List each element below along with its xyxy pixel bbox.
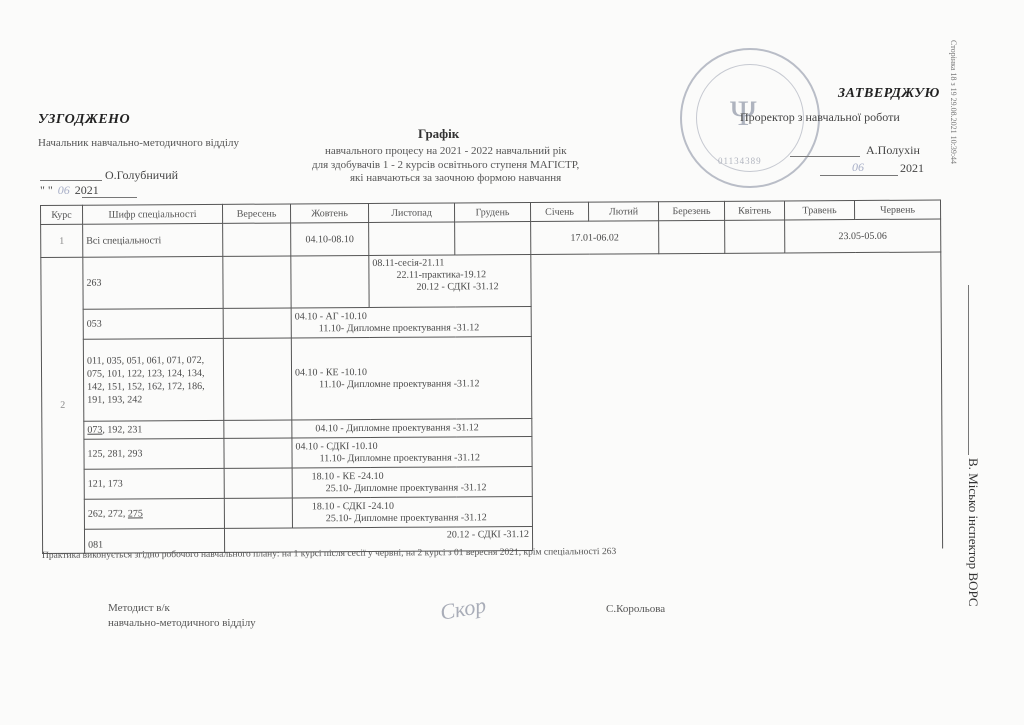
spec-code-underlined: 073	[87, 425, 102, 436]
spec-codes: 053	[83, 308, 223, 339]
course-number: 1	[41, 224, 83, 257]
confirmed-year: 2021	[900, 161, 924, 176]
cell-january-february: 17.01-06.02	[531, 221, 659, 255]
cell-september	[224, 468, 292, 498]
confirmed-heading: ЗАТВЕРДЖУЮ	[838, 86, 940, 102]
cell-september	[223, 223, 291, 256]
approved-date-handwritten: 06	[58, 183, 70, 197]
cell-october	[291, 255, 369, 307]
spec-codes: 121, 173	[84, 468, 224, 499]
header-spec-code: Шифр спеціальності	[83, 204, 223, 224]
page-timestamp-stamp: Сторінка 18 з 19 29.08.2021 10:39:44	[949, 40, 958, 164]
spec-code-underlined: 275	[128, 508, 143, 519]
seal-number: 01134389	[718, 156, 762, 166]
confirmed-name: А.Полухін	[866, 143, 920, 158]
methodist-handwritten-signature: Скор	[438, 592, 488, 626]
cell-september	[223, 308, 291, 338]
header-december: Грудень	[454, 203, 530, 222]
cell-september	[224, 438, 292, 468]
schedule-line: 20.12 - СДКІ -31.12	[372, 281, 527, 294]
confirmed-role: Проректор з навчальної роботи	[740, 110, 900, 125]
header-february: Лютий	[588, 202, 658, 221]
approved-year: 2021	[75, 183, 99, 197]
cell-may-june: 23.05-05.06	[785, 219, 941, 253]
schedule-line: 11.10- Дипломне проектування -31.12	[295, 378, 528, 391]
cell-oct-dec: 04.10 - АГ -10.10 11.10- Дипломне проект…	[291, 307, 531, 338]
spec-codes: 073, 192, 231	[84, 420, 224, 439]
header-september: Вересень	[222, 204, 290, 223]
schedule-line: 25.10- Дипломне проектування -31.12	[296, 512, 529, 525]
document-subtitle-1: навчального процесу на 2021 - 2022 навча…	[325, 145, 567, 157]
header-november: Листопад	[368, 203, 454, 223]
table-row: 1 Всі спеціальності 04.10-08.10 17.01-06…	[41, 219, 941, 257]
methodist-department: навчально-методичного відділу	[108, 617, 256, 629]
cell-oct-dec: 04.10 - Дипломне проектування -31.12	[292, 418, 532, 437]
document-subtitle-3: які навчаються за заочною формою навчанн…	[350, 172, 561, 184]
cell-oct-dec: 04.10 - КЕ -10.10 11.10- Дипломне проект…	[291, 337, 531, 420]
cell-april	[725, 220, 785, 253]
schedule-line: 20.12 - СДКІ -31.12	[447, 529, 529, 541]
header-march: Березень	[658, 201, 724, 220]
spec-codes: 263	[83, 256, 223, 309]
spec-codes: 125, 281, 293	[84, 438, 224, 469]
approved-date: " " 06 2021	[40, 183, 99, 198]
approved-heading: УЗГОДЖЕНО	[38, 112, 130, 128]
document-title: Графік	[418, 126, 459, 142]
cell-september	[224, 420, 292, 438]
spec-codes: 262, 272, 275	[84, 498, 224, 529]
cell-oct-dec: 04.10 - СДКІ -10.10 11.10- Дипломне прое…	[292, 436, 532, 467]
header-january: Січень	[530, 202, 588, 221]
spec-codes: Всі спеціальності	[83, 223, 223, 257]
scanned-document-page: УЗГОДЖЕНО Начальник навчально-методичног…	[0, 0, 1024, 725]
cell-september	[223, 338, 291, 420]
header-may: Травень	[784, 201, 854, 220]
schedule-line: 11.10- Дипломне проектування -31.12	[296, 452, 529, 465]
confirmed-date-handwritten: 06	[852, 160, 864, 175]
table-row: 2 263 08.11-сесія-21.11 22.11-практика-1…	[41, 252, 941, 309]
spec-code-rest: , 192, 231	[102, 424, 142, 435]
methodist-name: С.Корольова	[606, 603, 665, 615]
header-october: Жовтень	[290, 203, 368, 222]
inspector-signature: В. Місько інспектор ВОРС	[965, 458, 981, 607]
confirmed-date-line	[820, 175, 898, 176]
schedule-line: 25.10- Дипломне проектування -31.12	[296, 482, 529, 495]
confirmed-signature-line	[790, 156, 860, 157]
approved-date-prefix: " "	[40, 183, 53, 197]
schedule-table: Курс Шифр спеціальності Вересень Жовтень…	[40, 199, 943, 553]
schedule-line: 22.11-практика-19.12	[372, 269, 527, 282]
approved-name: О.Голубничий	[105, 168, 178, 183]
approved-role: Начальник навчально-методичного відділу	[38, 137, 239, 149]
document-subtitle-2: для здобувачів 1 - 2 курсів освітнього с…	[312, 159, 579, 171]
schedule-line: 08.11-сесія-21.11	[372, 257, 527, 270]
header-course: Курс	[41, 205, 83, 224]
cell-september	[224, 498, 292, 528]
cell-march	[659, 220, 725, 253]
cell-november-december: 08.11-сесія-21.11 22.11-практика-19.12 2…	[369, 255, 531, 308]
course-number: 2	[41, 257, 85, 553]
cell-october: 04.10-08.10	[291, 222, 369, 255]
schedule-line: 11.10- Дипломне проектування -31.12	[295, 322, 528, 335]
cell-jan-jun-empty	[531, 252, 943, 550]
cell-september	[223, 256, 291, 308]
inspector-signature-line	[968, 285, 969, 455]
cell-oct-dec: 18.10 - КЕ -24.10 25.10- Дипломне проект…	[292, 466, 532, 497]
approved-date-line	[82, 197, 137, 198]
spec-codes: 011, 035, 051, 061, 071, 072, 075, 101, …	[83, 338, 223, 421]
cell-december	[455, 222, 531, 255]
cell-oct-dec: 18.10 - СДКІ -24.10 25.10- Дипломне прое…	[292, 496, 532, 527]
methodist-role: Методист в/к	[108, 602, 170, 614]
header-april: Квітень	[724, 201, 784, 220]
cell-november	[369, 222, 455, 256]
schedule-line: 04.10 - Дипломне проектування -31.12	[295, 422, 528, 435]
spec-code-prefix: 262, 272,	[88, 508, 128, 519]
approved-signature-line	[40, 180, 102, 181]
header-june: Червень	[854, 200, 940, 220]
